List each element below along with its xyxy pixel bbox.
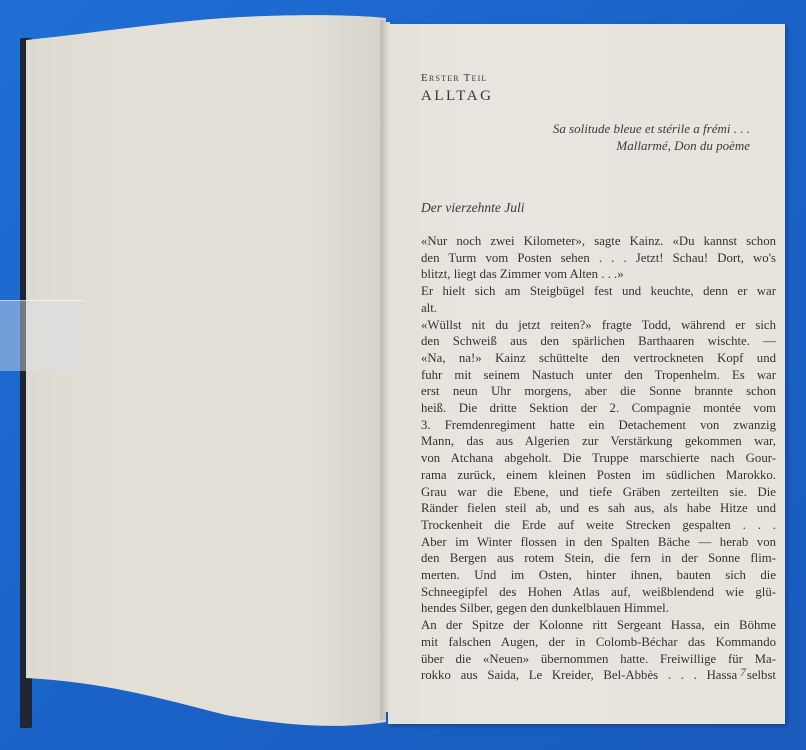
text-line: über die «Neuen» übernommen hatte. Freiw…	[421, 651, 776, 668]
text-line: den Schweiß aus den spärlichen Barthaare…	[421, 333, 776, 350]
text-line: hendes Silber, gegen den dunkelblauen Hi…	[421, 600, 776, 617]
text-line: mit falschen Augen, der in Colomb-Béchar…	[421, 634, 776, 651]
text-line: den Bergen aus rotem Stein, die fern in …	[421, 550, 776, 567]
text-line: fuhr mit seinem Nastuch unter den Tropen…	[421, 367, 776, 384]
text-line: «Nur noch zwei Kilometer», sagte Kainz. …	[421, 233, 776, 250]
text-line: Ränder fielen steil ab, und es sah aus, …	[421, 500, 776, 517]
part-label: Erster Teil	[421, 72, 488, 84]
text-line: rokko aus Saida, Le Kreider, Bel-Abbès .…	[421, 667, 776, 684]
text-line: Trockenheit die Erde auf weite Strecken …	[421, 517, 776, 534]
epigraph-attribution: Mallarmé, Don du poème	[553, 137, 750, 154]
epigraph: Sa solitude bleue et stérile a frémi . .…	[553, 120, 750, 154]
epigraph-quote: Sa solitude bleue et stérile a frémi . .…	[553, 120, 750, 137]
body-text: «Nur noch zwei Kilometer», sagte Kainz. …	[421, 233, 776, 684]
text-line: «Na, na!» Kainz schüttelte den vertrockn…	[421, 350, 776, 367]
left-page-blank	[26, 10, 386, 735]
text-line: rama zurück, einem kleinen Posten im süd…	[421, 467, 776, 484]
text-line: den Turm vom Posten sehen . . . Jetzt! S…	[421, 250, 776, 267]
text-line: Mann, das aus Algerien zur Verstärkung g…	[421, 433, 776, 450]
text-line: blitzt, liegt das Zimmer vom Alten . . .…	[421, 266, 776, 283]
book-gutter	[384, 22, 390, 712]
text-line: merten. Und im Osten, hinter ihnen, baut…	[421, 567, 776, 584]
text-line: Schneegipfel des Hohen Atlas auf, weißbl…	[421, 584, 776, 601]
text-line: von Atchana abgeholt. Die Truppe marschi…	[421, 450, 776, 467]
text-line: Er hielt sich am Steigbügel fest und keu…	[421, 283, 776, 300]
text-line: erst neun Uhr morgens, aber die Sonne br…	[421, 383, 776, 400]
text-line: heiß. Die dritte Sektion der 2. Compagni…	[421, 400, 776, 417]
text-line: An der Spitze der Kolonne ritt Sergeant …	[421, 617, 776, 634]
chapter-title: ALLTAG	[421, 88, 493, 105]
page-number: 7	[740, 665, 746, 680]
text-line: alt.	[421, 300, 776, 317]
text-line: Grau war die Ebene, und tiefe Gräben zer…	[421, 484, 776, 501]
section-title: Der vierzehnte Juli	[421, 200, 524, 216]
text-line: «Wüllst nit du jetzt reiten?» fragte Tod…	[421, 317, 776, 334]
transparent-bookmark	[0, 300, 85, 371]
text-line: 3. Fremdenregiment hatte ein Detachement…	[421, 417, 776, 434]
text-line: Aber im Winter flossen in den Spalten Bä…	[421, 534, 776, 551]
